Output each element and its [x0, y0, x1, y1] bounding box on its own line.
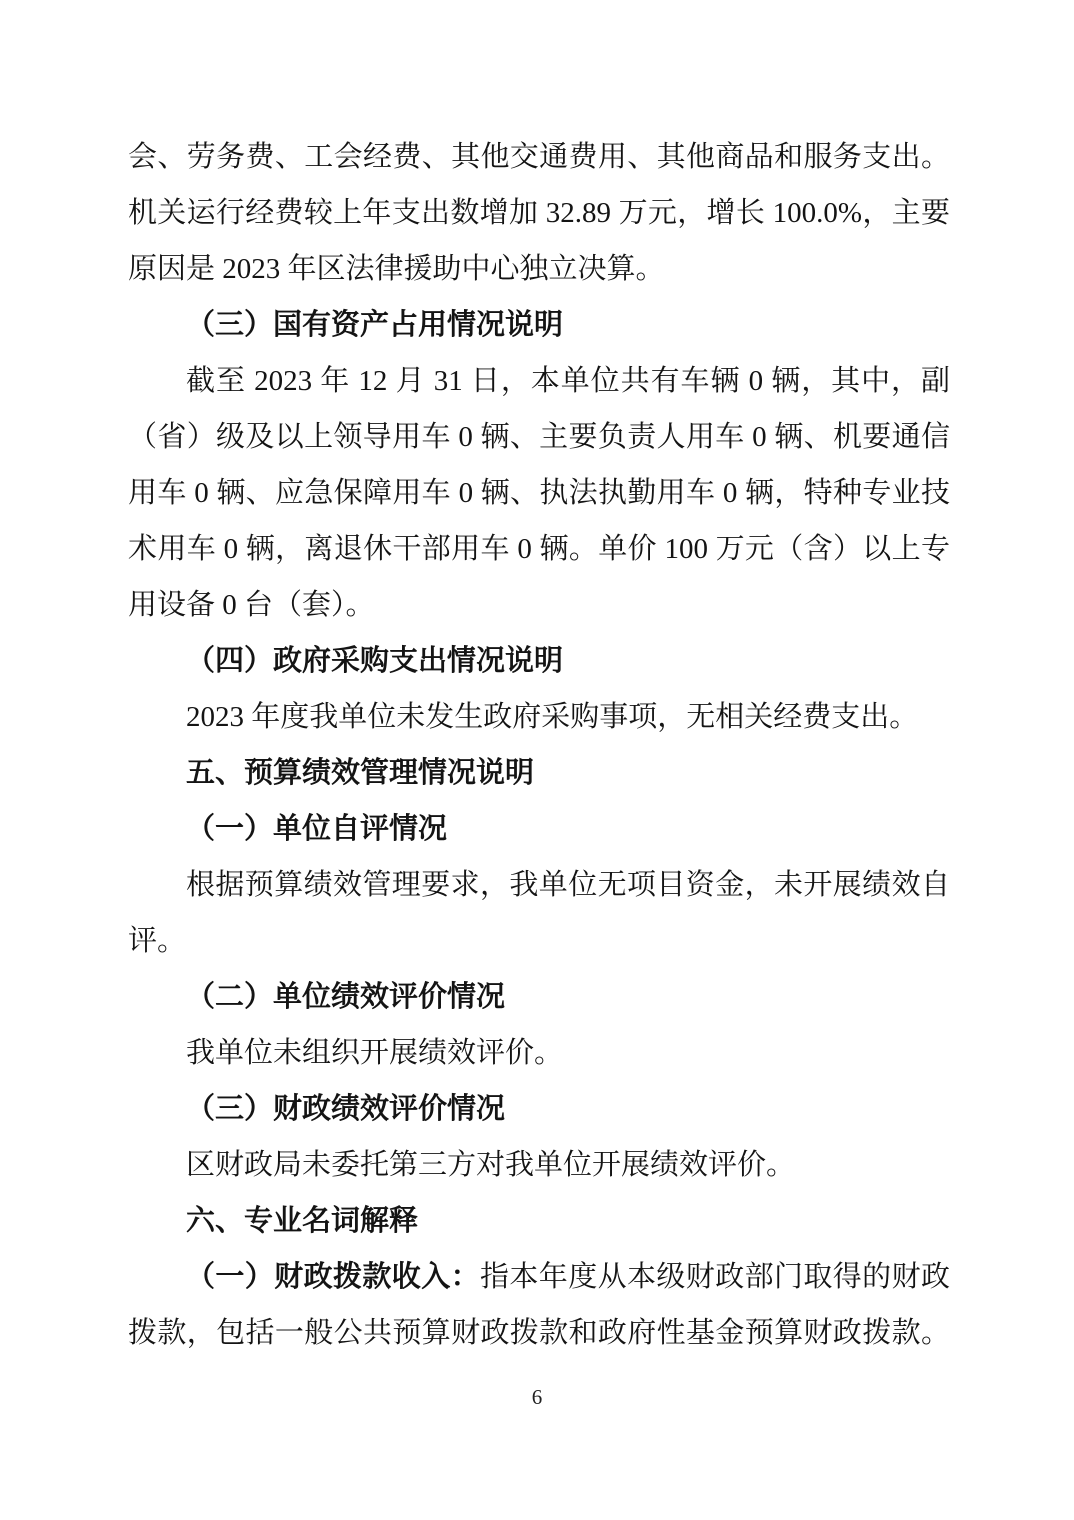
- text-line: 区财政局未委托第三方对我单位开展绩效评价。: [128, 1137, 950, 1193]
- text-line: 评。: [128, 913, 950, 969]
- section-heading: （一）单位自评情况: [128, 801, 950, 857]
- text-line: 会、劳务费、工会经费、其他交通费用、其他商品和服务支出。: [128, 129, 950, 185]
- page-number: 6: [0, 1382, 1074, 1412]
- section-heading: （二）单位绩效评价情况: [128, 969, 950, 1025]
- text-line: 机关运行经费较上年支出数增加 32.89 万元，增长 100.0%，主要: [128, 185, 950, 241]
- text-line: 我单位未组织开展绩效评价。: [128, 1025, 950, 1081]
- section-heading: （四）政府采购支出情况说明: [128, 633, 950, 689]
- document-page: 会、劳务费、工会经费、其他交通费用、其他商品和服务支出。机关运行经费较上年支出数…: [0, 0, 1074, 1520]
- section-heading: （三）财政绩效评价情况: [128, 1081, 950, 1137]
- term-line: （一）财政拨款收入：指本年度从本级财政部门取得的财政: [128, 1249, 950, 1305]
- text-line: 拨款，包括一般公共预算财政拨款和政府性基金预算财政拨款。: [128, 1305, 950, 1361]
- text-line: 术用车 0 辆，离退休干部用车 0 辆。单价 100 万元（含）以上专: [128, 521, 950, 577]
- term-label: （一）财政拨款收入：: [186, 1261, 480, 1293]
- text-line: 截至 2023 年 12 月 31 日，本单位共有车辆 0 辆，其中，副部: [128, 353, 950, 409]
- text-line: 原因是 2023 年区法律援助中心独立决算。: [128, 241, 950, 297]
- section-heading: （三）国有资产占用情况说明: [128, 297, 950, 353]
- text-line: 根据预算绩效管理要求，我单位无项目资金，未开展绩效自: [128, 857, 950, 913]
- text-line: （省）级及以上领导用车 0 辆、主要负责人用车 0 辆、机要通信: [128, 409, 950, 465]
- chapter-heading: 六、专业名词解释: [128, 1193, 950, 1249]
- text-line: 2023 年度我单位未发生政府采购事项，无相关经费支出。: [128, 689, 950, 745]
- text-line: 用车 0 辆、应急保障用车 0 辆、执法执勤用车 0 辆，特种专业技: [128, 465, 950, 521]
- term-definition: 指本年度从本级财政部门取得的财政: [480, 1261, 950, 1293]
- text-line: 用设备 0 台（套）。: [128, 577, 950, 633]
- document-content: 会、劳务费、工会经费、其他交通费用、其他商品和服务支出。机关运行经费较上年支出数…: [128, 129, 950, 1361]
- chapter-heading: 五、预算绩效管理情况说明: [128, 745, 950, 801]
